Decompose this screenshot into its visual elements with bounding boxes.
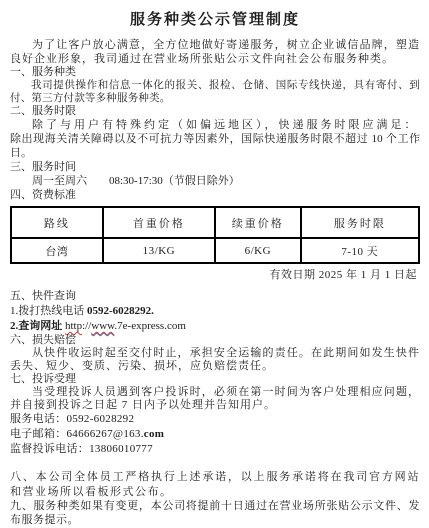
intro-paragraph: 为了让客户放心满意，全方位地做好寄递服务，树立企业诚信品牌，塑造良好企业形象，我…	[10, 38, 420, 66]
section-7-body: 当受理投诉人员遇到客户投诉时，必须在第一时间为客户处理相应问题，并自接到投诉之日…	[10, 386, 420, 412]
cell-route: 台湾	[11, 238, 103, 263]
header-cell-first-weight-price: 首重价格	[103, 207, 215, 238]
hotline-text: 1.拨打热线电话	[10, 305, 87, 317]
section-4-heading: 四、资费标准	[10, 188, 420, 202]
cell-service-time: 7-10 天	[301, 238, 419, 263]
effective-date: 有效日期 2025 年 1 月 1 日起	[10, 268, 417, 282]
header-cell-route: 路线	[11, 207, 103, 238]
header-cell-service-time: 服务时限	[301, 207, 419, 238]
url-domain-segment: .7e-express.com	[114, 320, 185, 332]
cell-additional-weight-price: 6/KG	[215, 238, 301, 263]
email-tld: com	[144, 428, 164, 440]
url-http-segment: http	[65, 320, 82, 332]
document-page: 服务种类公示管理制度 为了让客户放心满意，全方位地做好寄递服务，树立企业诚信品牌…	[0, 0, 429, 527]
email-label: 电子邮箱：	[10, 428, 67, 440]
section-3-heading: 三、服务时间	[10, 160, 420, 174]
url-www-segment: www	[91, 320, 114, 332]
supervise-phone-line: 监督投诉电话：13806010777	[10, 442, 420, 457]
section-1-heading: 一、服务种类	[10, 66, 420, 79]
url-separator: ://	[82, 320, 91, 332]
section-8-paragraph: 八、本公司全体员工严格执行上述承诺，以上服务承诺将在我司官方网站和营业场所以看板…	[10, 470, 420, 499]
section-2-heading: 二、服务时限	[10, 105, 420, 118]
section-6-heading: 六、损失赔偿	[10, 334, 420, 347]
section-6-body: 从快件收运时起至交付时止，承担安全运输的责任。在此期间如发生快件丢失、短少、变质…	[10, 347, 420, 373]
rates-table: 路线 首重价格 续重价格 服务时限 台湾 13/KG 6/KG 7-10 天	[10, 206, 420, 264]
service-phone-line: 服务电话：0592-6028292	[10, 412, 420, 427]
section-2-line1: 除了与用户有特殊约定（如偏远地区），快递服务时限应满足：	[10, 118, 420, 132]
section-5-item-website: 2.查询网址 http://www.7e-express.com	[10, 319, 420, 334]
website-label: 2.查询网址	[10, 320, 65, 332]
section-9-paragraph: 九、服务种类如果有变更，本公司将提前十日通过在营业场所张贴公示文件、发布服务提示…	[10, 499, 420, 527]
section-5-heading: 五、快件查询	[10, 289, 420, 304]
section-7-heading: 七、投诉受理	[10, 373, 420, 386]
section-1-body: 我司提供操作和信息一体化的报关、报检、仓储、国际专线快递，具有寄付、到付、第三方…	[10, 79, 420, 105]
section-3-body: 周一至周六 08:30-17:30（节假日除外）	[10, 174, 420, 188]
email-address: 64666267@163.	[67, 428, 144, 440]
document-title: 服务种类公示管理制度	[10, 8, 420, 29]
hotline-number: 0592-6028292.	[87, 305, 154, 317]
website-url: http://www.7e-express.com	[65, 320, 186, 332]
rates-table-row-taiwan: 台湾 13/KG 6/KG 7-10 天	[11, 238, 419, 263]
cell-first-weight-price: 13/KG	[103, 238, 215, 263]
contact-block: 服务电话：0592-6028292 电子邮箱：64666267@163.com …	[10, 412, 420, 457]
section-2-rest: 除出现海关清关障碍以及不可抗力等因素外，国际快递服务时限不超过 10 个工作日。	[10, 132, 420, 160]
header-cell-additional-weight-price: 续重价格	[215, 207, 301, 238]
section-5-item-hotline: 1.拨打热线电话 0592-6028292.	[10, 304, 420, 319]
email-line: 电子邮箱：64666267@163.com	[10, 427, 420, 442]
rates-table-header-row: 路线 首重价格 续重价格 服务时限	[11, 207, 419, 238]
